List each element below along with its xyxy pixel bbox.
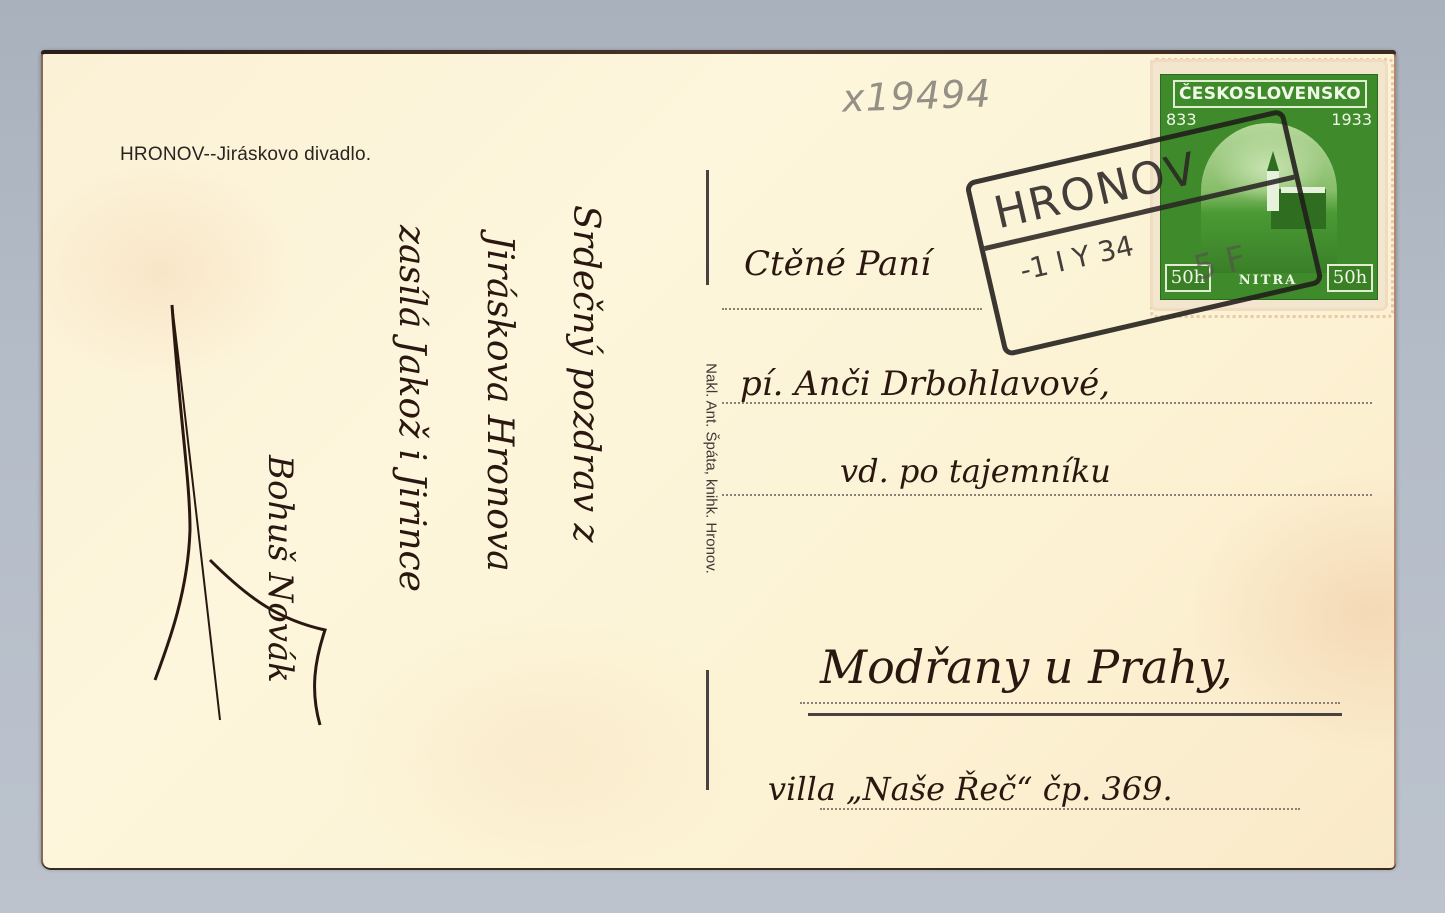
postcard-caption: HRONOV--Jiráskovo divadlo. xyxy=(120,144,371,166)
address-dotted-line-1 xyxy=(722,308,982,310)
address-dotted-line-5 xyxy=(820,808,1300,810)
stamp-year-left: 833 xyxy=(1166,110,1197,129)
divider-rule-bottom xyxy=(706,670,709,790)
divider-rule-top xyxy=(706,170,709,285)
address-salutation: Ctěné Paní xyxy=(744,244,931,284)
address-underline xyxy=(808,713,1342,716)
publisher-divider: Nakl. Ant. Špáta, knihk. Hronov. xyxy=(706,170,728,800)
publisher-imprint: Nakl. Ant. Špáta, knihk. Hronov. xyxy=(703,274,720,664)
catalog-number: x19494 xyxy=(841,71,992,120)
message-line-3: zasílá Jakož i Jirince xyxy=(391,225,432,592)
signature-flourish xyxy=(150,300,350,730)
address-recipient: pí. Anči Drbohlavové, xyxy=(740,364,1110,404)
address-title: vd. po tajemníku xyxy=(840,452,1111,490)
stamp-year-right: 1933 xyxy=(1331,110,1372,129)
message-line-1: Srdečný pozdrav z xyxy=(565,205,606,543)
address-villa: villa „Naše Řeč“ čp. 369. xyxy=(768,770,1173,808)
address-town: Modřany u Prahy, xyxy=(820,640,1233,694)
postmark-code: 5 F xyxy=(1190,238,1250,289)
address-dotted-line-4 xyxy=(800,702,1340,704)
postcard-top-edge xyxy=(41,50,1396,54)
stamp-country: ČESKOSLOVENSKO xyxy=(1173,80,1367,108)
stamp-value-right: 50h xyxy=(1327,264,1373,292)
address-dotted-line-3 xyxy=(722,494,1372,496)
message-line-2: Jiráskova Hronova xyxy=(479,235,520,572)
